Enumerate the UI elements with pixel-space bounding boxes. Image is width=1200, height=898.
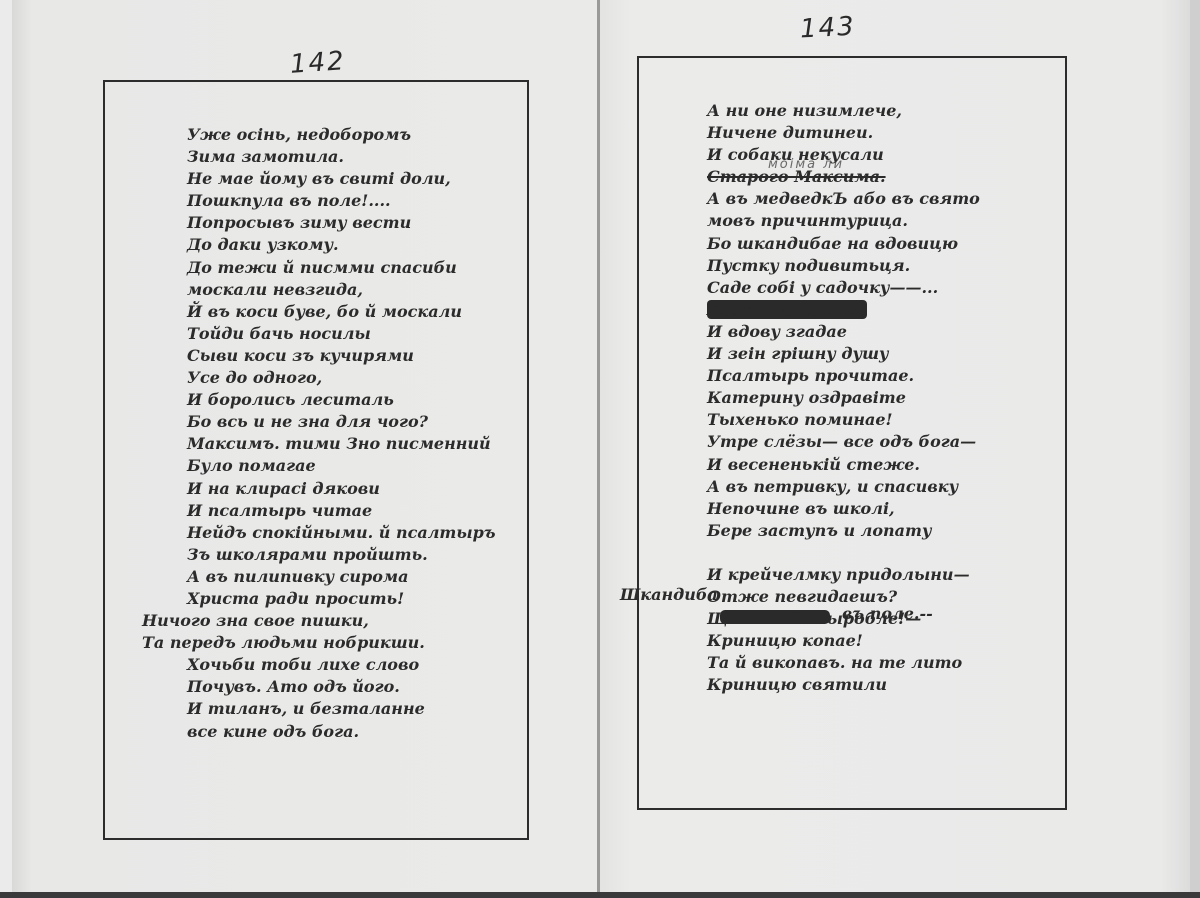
manuscript-line: Почувъ. Ато одъ його. xyxy=(187,676,495,698)
manuscript-line: Не мае йому въ свиті доли, xyxy=(187,168,495,190)
manuscript-line: И весененькій стеже. xyxy=(707,454,980,476)
manuscript-line: Попросывъ зиму вести xyxy=(187,212,495,234)
manuscript-line: И боролись леситаль xyxy=(187,389,495,411)
manuscript-line: И крейчелмку придолыни— xyxy=(707,564,980,586)
manuscript-line: Зима замотила. xyxy=(187,146,495,168)
page-number-left: 142 xyxy=(289,46,347,80)
book-spread: 142 Уже осінь, недоборомъ Зима замотила.… xyxy=(0,0,1200,898)
manuscript-line: Пустку подивитьця. xyxy=(707,255,980,277)
manuscript-line: Ничого зна свое пишки, xyxy=(142,610,495,632)
manuscript-line: А въ медведкЪ або въ свято xyxy=(707,188,980,210)
manuscript-line: Тойди бачь носилы xyxy=(187,323,495,345)
manuscript-line: До тежи й писмми спасиби xyxy=(187,257,495,279)
manuscript-line: А въ пилипивку сирома xyxy=(187,566,495,588)
heavy-strikeout-mark xyxy=(720,610,830,624)
manuscript-line: Й въ коси буве, бо й москали xyxy=(187,301,495,323)
manuscript-line: И псалтырь читае xyxy=(187,500,495,522)
margin-correction: Шкандиба xyxy=(620,585,718,604)
manuscript-line: Христа ради просить! xyxy=(187,588,495,610)
struck-out-text: Хусточку садова xyxy=(707,300,867,319)
manuscript-line: Було помагае xyxy=(187,455,495,477)
manuscript-line: А ни оне низимлече, xyxy=(707,100,980,122)
manuscript-text-left: Уже осінь, недоборомъ Зима замотила. Не … xyxy=(187,124,495,743)
manuscript-line: Утре слёзы— все одъ бога— xyxy=(707,431,980,453)
manuscript-line: И вдову згадае xyxy=(707,321,980,343)
manuscript-line: И тиланъ, и безталанне xyxy=(187,698,495,720)
manuscript-line: Саде собі у садочку——... xyxy=(707,277,980,299)
manuscript-line: Зъ школярами пройшть. xyxy=(187,544,495,566)
manuscript-line: мовъ причинтурица. xyxy=(707,210,980,232)
manuscript-line: Сыви коси зъ кучирями xyxy=(187,345,495,367)
manuscript-line: Нейдъ спокійными. й псалтыръ xyxy=(187,522,495,544)
manuscript-line: До даки узкому. xyxy=(187,234,495,256)
manuscript-line-struck: Старого Максима. xyxy=(707,166,980,188)
manuscript-line: все кине одъ бога. xyxy=(187,721,495,743)
page-number-right: 143 xyxy=(799,12,856,45)
manuscript-line: А въ петривку, и спасивку xyxy=(707,476,980,498)
manuscript-line: Ничене дитинеи. xyxy=(707,122,980,144)
manuscript-line: Усе до одного, xyxy=(187,367,495,389)
manuscript-line: москали невзгида, xyxy=(187,279,495,301)
manuscript-line: Бере заступъ и лопату xyxy=(707,520,980,542)
page-edge xyxy=(1190,0,1200,898)
manuscript-line: Бо шкандибае на вдовицю xyxy=(707,233,980,255)
manuscript-line: И собаки некусали xyxy=(707,144,980,166)
manuscript-line-struck: Хусточку садова xyxy=(707,299,980,321)
manuscript-line: Максимъ. тими Зно писменний xyxy=(187,433,495,455)
manuscript-line: Тыхенько поминае! xyxy=(707,409,980,431)
manuscript-line: И на клирасі дякови xyxy=(187,478,495,500)
manuscript-line: Та передъ людьми нобрикши. xyxy=(142,632,495,654)
manuscript-line: Криницю копае! xyxy=(707,630,980,652)
manuscript-line: Псалтырь прочитае. xyxy=(707,365,980,387)
manuscript-line: Бо всь и не зна для чого? xyxy=(187,411,495,433)
manuscript-line: Уже осінь, недоборомъ xyxy=(187,124,495,146)
scan-bottom-edge xyxy=(0,892,1200,898)
book-gutter xyxy=(597,0,600,892)
manuscript-line: Катерину оздравіте xyxy=(707,387,980,409)
manuscript-line: Хочьби тоби лихе слово xyxy=(187,654,495,676)
manuscript-line: Пошкпула въ поле!.... xyxy=(187,190,495,212)
manuscript-line-fragment: въ поле.-- xyxy=(842,604,933,623)
manuscript-line: Непочине въ школі, xyxy=(707,498,980,520)
manuscript-line: Та й викопавъ. на те лито xyxy=(707,652,980,674)
manuscript-line: Криницю святили xyxy=(707,674,980,696)
manuscript-line: И зеін грішну душу xyxy=(707,343,980,365)
